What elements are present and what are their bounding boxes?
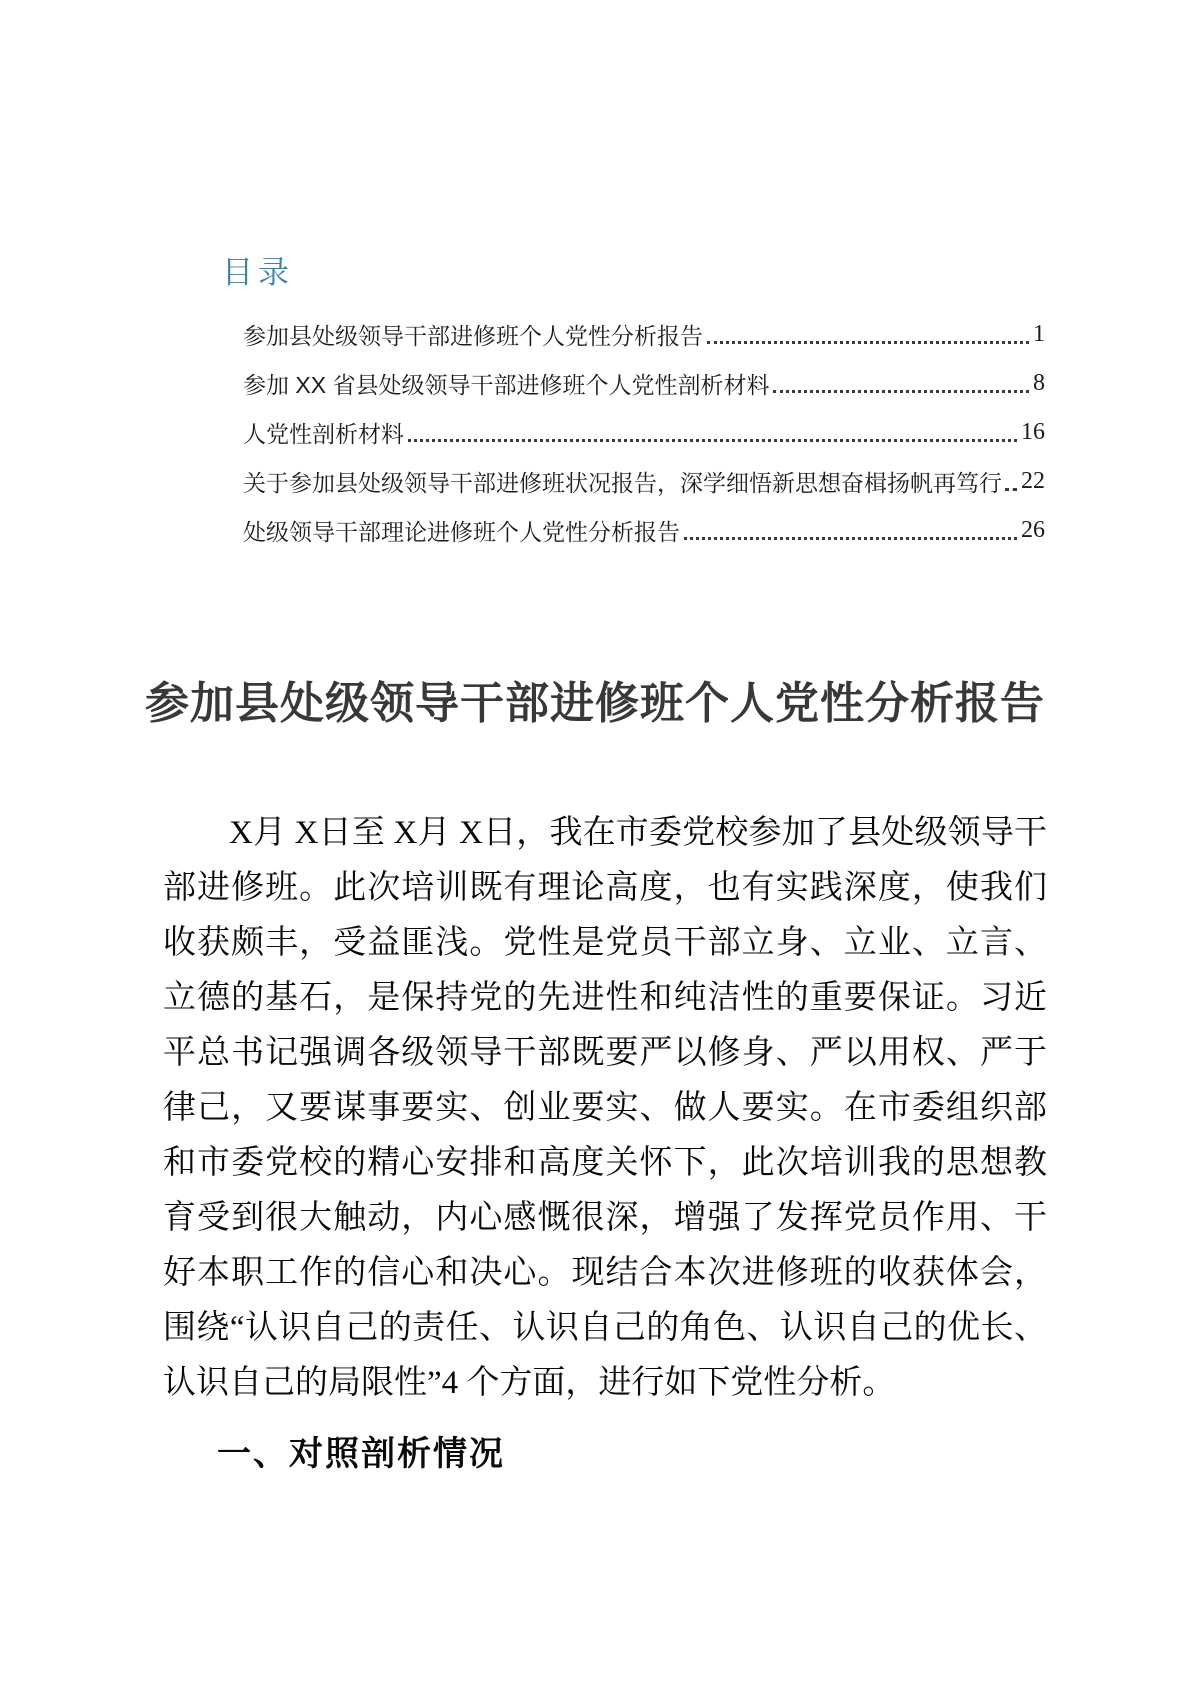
toc-page-number: 1 xyxy=(1033,321,1045,348)
toc-entry-title: 参加县处级领导干部进修班个人党性分析报告 xyxy=(243,318,703,351)
toc-entry-title: 处级领导干部理论进修班个人党性分析报告 xyxy=(243,514,680,547)
toc-entry[interactable]: 关于参加县处级领导干部进修班状况报告，深学细悟新思想奋楫扬帆再笃行 22 xyxy=(243,457,1045,506)
toc-entry[interactable]: 人党性剖析材料 16 xyxy=(243,408,1045,457)
body-paragraph: X月 X日至 X月 X日，我在市委党校参加了县处级领导干部进修班。此次培训既有理… xyxy=(163,806,1047,1411)
toc-entry-title: 参加 XX 省县处级领导干部进修班个人党性剖析材料 xyxy=(243,367,769,400)
document-page: 目录 参加县处级领导干部进修班个人党性分析报告 1 参加 XX 省县处级领导干部… xyxy=(0,0,1190,1683)
toc-entry[interactable]: 参加县处级领导干部进修班个人党性分析报告 1 xyxy=(243,310,1045,359)
toc-leader-dots xyxy=(1005,488,1017,491)
toc-leader-dots xyxy=(773,390,1029,393)
toc-page-number: 8 xyxy=(1033,370,1045,397)
toc-list: 参加县处级领导干部进修班个人党性分析报告 1 参加 XX 省县处级领导干部进修班… xyxy=(243,310,1045,555)
toc-entry-title: 人党性剖析材料 xyxy=(243,416,404,449)
toc-page-number: 26 xyxy=(1021,517,1045,544)
toc-leader-dots xyxy=(408,439,1017,442)
toc-page-number: 22 xyxy=(1021,468,1045,495)
toc-entry-title: 关于参加县处级领导干部进修班状况报告，深学细悟新思想奋楫扬帆再笃行 xyxy=(243,465,1001,498)
toc-leader-dots xyxy=(684,537,1017,540)
toc-entry[interactable]: 处级领导干部理论进修班个人党性分析报告 26 xyxy=(243,506,1045,555)
toc-entry[interactable]: 参加 XX 省县处级领导干部进修班个人党性剖析材料 8 xyxy=(243,359,1045,408)
section-heading: 一、对照剖析情况 xyxy=(217,1426,505,1475)
toc-title: 目录 xyxy=(222,247,294,292)
toc-page-number: 16 xyxy=(1021,419,1045,446)
document-title: 参加县处级领导干部进修班个人党性分析报告 xyxy=(100,676,1090,731)
toc-leader-dots xyxy=(707,341,1029,344)
